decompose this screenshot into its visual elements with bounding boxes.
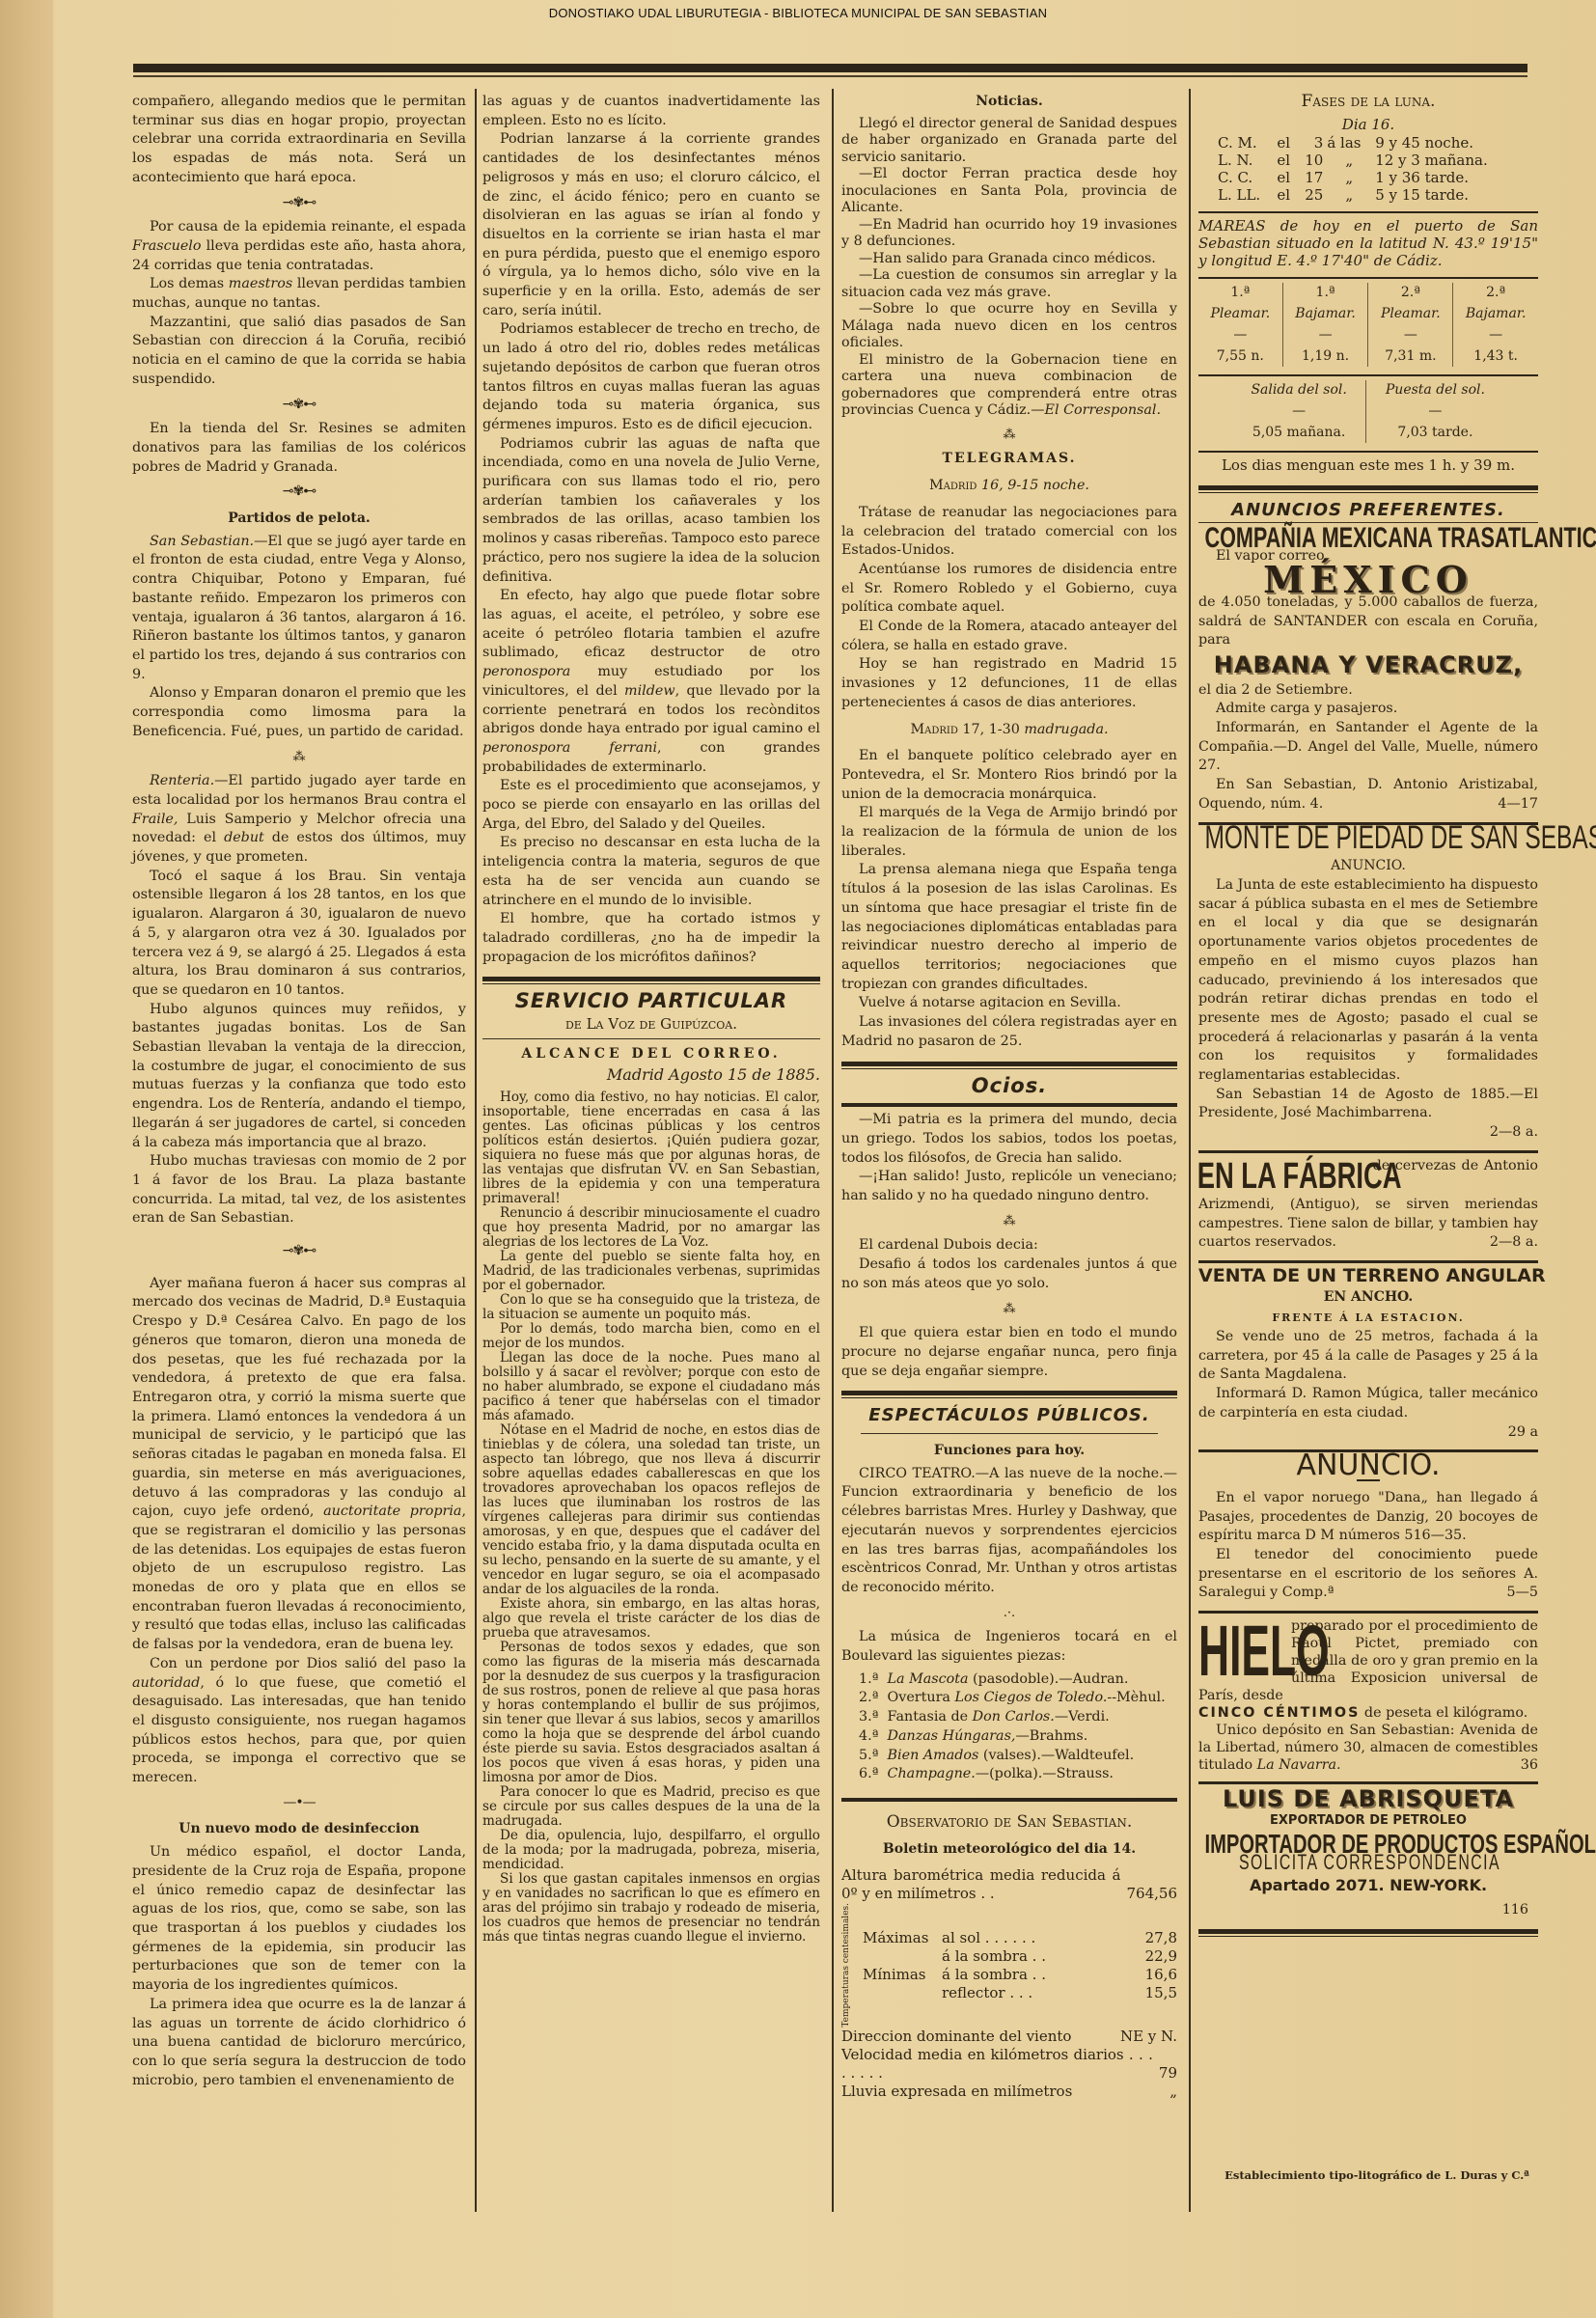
section-subheading: de La Voz de Guipúzcoa. [482,1015,820,1035]
table-row: L. LL.el25„5 y 15 tarde. [1216,186,1522,204]
ad-text: Informarán, en Santander el Agente de la… [1198,719,1538,776]
article-paragraph: Alonso y Emparan donaron el premio que l… [132,684,466,741]
weather-label: al sol . . . . . . [942,1929,1145,1947]
ad-text: el dia 2 de Setiembre. [1198,681,1538,701]
article-paragraph: Renteria.—El partido jugado ayer tarde e… [132,772,466,868]
ad-code: 2—8 a. [1490,1233,1538,1253]
anecdote: —¡Han salido! Justo, replicóle un veneci… [841,1168,1177,1205]
section-rule [1198,277,1538,279]
section-rule [841,1391,1177,1398]
weather-value: 16,6 [1145,1966,1177,1984]
sun-table: Salida del sol.Puesta del sol. —— 5,05 m… [1232,380,1504,443]
column-divider [1189,89,1191,2212]
ad-ship-name: MÉXICO [1198,570,1538,590]
article-paragraph: las aguas y de cuantos inadvertidamente … [482,93,820,130]
music-program-list: 1.ª La Mascota (pasodoble).—Audran. 2.ª … [841,1670,1177,1784]
column-3: Noticias. Llegó el director general de S… [841,93,1177,2101]
weather-value: „ [1169,2083,1177,2101]
ad-abrisqueta: LUIS DE ABRISQUETA EXPORTADOR DE PETROLE… [1198,1790,1538,1919]
news-item: —En Madrid han ocurrido hoy 19 invasione… [841,217,1177,251]
ad-text: La Junta de este establecimiento ha disp… [1198,876,1538,1086]
weather-value: 764,56 [1127,1885,1178,1903]
ad-headline: HIELO [1198,1617,1254,1685]
section-rule [1198,374,1538,376]
article-paragraph: Llegan las doce de la noche. Pues mano a… [482,1351,820,1423]
article-paragraph: Hoy, como dia festivo, no hay noticias. … [482,1090,820,1206]
newspaper-page: DONOSTIAKO UDAL LIBURUTEGIA - BIBLIOTECA… [0,0,1596,2318]
article-paragraph: La primera idea que ocurre es la de lanz… [132,1996,466,2091]
telegram-item: Las invasiones del cólera registradas ay… [841,1013,1177,1051]
ornament-divider: ⊸✾⊷ [132,194,466,213]
weather-side-label: Temperaturas centesimales. [841,1903,863,2028]
ad-text: San Sebastian 14 de Agosto de 1885.—El P… [1198,1086,1538,1123]
section-rule [1198,1781,1538,1784]
weather-label: Altura barométrica media reducida á 0º y… [841,1866,1127,1903]
article-paragraph: Podriamos establecer de trecho en trecho… [482,320,820,434]
article-paragraph: En efecto, hay algo que puede flotar sob… [482,587,820,777]
ad-subtitle: FRENTE Á LA ESTACION. [1198,1309,1538,1328]
weather-value: NE y N. [1120,2028,1177,2046]
weather-report: Altura barométrica media reducida á 0º y… [841,1866,1177,2101]
program-item: 5.ª Bien Amados (valses).—Waldteufel. [859,1747,1177,1766]
moon-day: Dia 16. [1198,116,1538,135]
section-heading-disinfection: Un nuevo modo de desinfeccion [132,1820,466,1839]
column-2: las aguas y de cuantos inadvertidamente … [482,93,820,1945]
ad-text: Informará D. Ramon Múgica, taller mecáni… [1198,1385,1538,1422]
article-paragraph: Existe ahora, sin embargo, en las altas … [482,1597,820,1641]
article-paragraph: Nótase en el Madrid de noche, en estos d… [482,1423,820,1597]
weather-label: á la sombra . . [942,1966,1145,1984]
page-binding-edge [0,0,53,2318]
daylength-note: Los dias menguan este mes 1 h. y 39 m. [1198,456,1538,476]
ad-subtitle: ANUNCIO. [1198,857,1538,876]
asterism-divider: ⁂ [132,748,466,767]
article-paragraph: Un médico español, el doctor Landa, pres… [132,1843,466,1996]
subheading-boletin: Boletin meteorológico del dia 14. [841,1840,1177,1860]
article-paragraph: Es preciso no descansar en esta lucha de… [482,834,820,910]
ad-company-name: LUIS DE ABRISQUETA [1198,1790,1538,1809]
section-rule [482,977,820,984]
top-rule [133,64,1527,72]
moon-phase-table: C. M.el3á las9 y 45 noche. L. N.el10„12 … [1216,134,1522,204]
weather-label: Mínimas [863,1966,942,1984]
section-heading-servicio: SERVICIO PARTICULAR [482,992,820,1011]
archive-watermark: DONOSTIAKO UDAL LIBURUTEGIA - BIBLIOTECA… [0,6,1596,20]
section-rule [841,1062,1177,1069]
ad-title: VENTA DE UN TERRENO ANGULAR [1198,1267,1538,1286]
section-heading-moon: Fases de la luna. [1198,93,1538,112]
article-paragraph: Por lo demás, todo marcha bien, como en … [482,1322,820,1351]
weather-label: Direccion dominante del viento [841,2028,1071,2046]
article-paragraph: Podrian lanzarse á la corriente grandes … [482,130,820,320]
section-rule [482,1038,820,1039]
tides-table: 1.ª1.ª2.ª2.ª Pleamar.Bajamar.Pleamar.Baj… [1198,283,1538,367]
section-heading-observatorio: Observatorio de San Sebastian. [841,1813,1177,1833]
ad-destination: HABANA Y VERACRUZ, [1198,656,1538,676]
article-paragraph: Hubo muchas traviesas con momio de 2 por… [132,1152,466,1228]
article-paragraph: Ayer mañana fueron á hacer sus compras a… [132,1275,466,1655]
section-rule [1198,485,1538,493]
program-item: 6.ª Champagne.—(polka).—Strauss. [859,1765,1177,1784]
section-rule [1198,211,1538,213]
news-item: —La cuestion de consumos sin arreglar y … [841,267,1177,301]
news-item: Llegó el director general de Sanidad des… [841,116,1177,167]
printer-credit: Establecimiento tipo-litográfico de L. D… [1218,2168,1536,2182]
article-paragraph: Si los que gastan capitales inmensos en … [482,1872,820,1945]
ad-title: MONTE DE PIEDAD DE SAN SEBASTIAN. [1205,829,1535,848]
article-paragraph: El hombre, que ha cortado istmos y talad… [482,910,820,967]
ad-text: Se vende uno de 25 metros, fachada á la … [1198,1328,1538,1385]
ad-code: 2—8 a. [1198,1123,1538,1143]
ad-monte-piedad: MONTE DE PIEDAD DE SAN SEBASTIAN. ANUNCI… [1198,829,1538,1143]
article-paragraph: San Sebastian.—El que se jugó ayer tarde… [132,533,466,685]
telegram-item: El Conde de la Romera, atacado anteayer … [841,618,1177,655]
section-rule [841,1103,1177,1107]
article-paragraph: Por causa de la epidemia reinante, el es… [132,218,466,275]
article-paragraph: Este es el procedimiento que aconsejamos… [482,777,820,834]
asterism-divider: ⁂ [841,1212,1177,1231]
telegram-item: En el banquete político celebrado ayer e… [841,747,1177,804]
dateline: Madrid 16, 9-15 noche. [841,477,1177,496]
telegram-item: La prensa alemana niega que España tenga… [841,861,1177,994]
article-paragraph: Podriamos cubrir las aguas de nafta que … [482,435,820,588]
ornament-divider: —•— [132,1794,466,1813]
section-rule [861,1433,1158,1434]
ornament-divider: ⊸✾⊷ [132,483,466,502]
asterism-divider: ⁂ [841,426,1177,445]
article-paragraph: Con un perdone por Dios salió del paso l… [132,1655,466,1788]
ad-fabrica: EN LA FÁBRICA de cervezas de Antonio Ari… [1198,1157,1538,1253]
program-item: 3.ª Fantasia de Don Carlos.—Verdi. [859,1708,1177,1727]
column-4: Fases de la luna. Dia 16. C. M.el3á las9… [1198,93,1538,1945]
ad-code: 29 a [1198,1423,1538,1443]
ad-text: Admite carga y pasajeros. [1198,700,1538,719]
weather-value: 22,9 [1145,1947,1177,1966]
table-row: L. N.el10„12 y 3 mañana. [1216,152,1522,169]
weather-value: 79 [1159,2064,1177,2083]
telegram-item: Trátase de reanudar las negociaciones pa… [841,504,1177,561]
section-heading-pelota: Partidos de pelota. [132,510,466,529]
section-heading-alcance: ALCANCE DEL CORREO. [482,1045,820,1064]
news-item: —Han salido para Granada cinco médicos. [841,251,1177,268]
article-paragraph: La gente del pueblo se siente falta hoy,… [482,1250,820,1293]
ad-mexico: COMPAÑIA MEXICANA TRASATLANTICA El vapor… [1198,529,1538,814]
subheading-funciones: Funciones para hoy. [841,1442,1177,1461]
section-rule [1198,451,1538,453]
program-item: 4.ª Danzas Húngaras,—Brahms. [859,1727,1177,1747]
section-heading-telegramas: TELEGRAMAS. [841,450,1177,469]
ad-price: CINCO CÉNTIMOS de peseta el kilógramo. [1198,1704,1538,1722]
article-paragraph: Personas de todos sexos y edades, que so… [482,1641,820,1785]
telegram-item: Hoy se han registrado en Madrid 15 invas… [841,655,1177,712]
news-item: —El doctor Ferran practica desde hoy ino… [841,166,1177,217]
weather-value: 27,8 [1145,1929,1177,1947]
ornament-divider: ⊸✾⊷ [132,396,466,415]
ad-subtitle: EN ANCHO. [1198,1288,1538,1308]
table-row: C. M.el3á las9 y 45 noche. [1216,134,1522,152]
column-divider [475,89,477,2212]
event-listing: La música de Ingenieros tocará en el Bou… [841,1628,1177,1666]
article-paragraph: De dia, opulencia, lujo, despilfarro, el… [482,1829,820,1872]
ad-text: En el vapor noruego "Dana„ han llegado á… [1198,1489,1538,1546]
telegram-item: Acentúanse los rumores de disidencia ent… [841,561,1177,618]
program-item: 2.ª Overtura Los Ciegos de Toledo.--Mèhu… [859,1689,1177,1708]
weather-label: reflector . . . [942,1984,1145,2002]
ad-dana: ANUNCIO. En el vapor noruego "Dana„ han … [1198,1456,1538,1603]
article-paragraph: Hubo algunos quinces muy reñidos, y bast… [132,1001,466,1153]
anecdote: —Mi patria es la primera del mundo, deci… [841,1111,1177,1168]
article-paragraph: Tocó el saque á los Brau. Sin ventaja os… [132,868,466,1001]
article-paragraph: Mazzantini, que salió dias pasados de Sa… [132,314,466,390]
ad-text: En San Sebastian, D. Antonio Aristizabal… [1198,776,1538,814]
weather-label: Velocidad media en kilómetros diarios . … [841,2046,1159,2083]
section-heading-espectaculos: ESPECTÁCULOS PÚBLICOS. [841,1406,1177,1425]
section-heading-noticias: Noticias. [841,93,1177,112]
anecdote: El que quiera estar bien en todo el mund… [841,1324,1177,1381]
article-paragraph: En la tienda del Sr. Resines se admiten … [132,420,466,477]
article-paragraph: Renuncio á describir minuciosamente el c… [482,1206,820,1250]
weather-value: 15,5 [1145,1984,1177,2002]
ad-code: 116 [1198,1901,1538,1920]
ad-hielo: HIELO preparado por el procedimiento de … [1198,1617,1538,1774]
article-paragraph: Con lo que se ha conseguido que la trist… [482,1293,820,1322]
telegram-item: El marqués de la Vega de Armijo brindó p… [841,804,1177,861]
telegram-item: Vuelve á notarse agitacion en Sevilla. [841,994,1177,1013]
ad-text: de 4.050 toneladas, y 5.000 caballos de … [1198,593,1538,650]
table-row: C. C.el17„1 y 36 tarde. [1216,169,1522,186]
weather-label: Máximas [863,1929,942,1947]
anecdote: El cardenal Dubois decia: [841,1236,1177,1256]
ad-terreno: VENTA DE UN TERRENO ANGULAR EN ANCHO. FR… [1198,1267,1538,1442]
news-item: —Sobre lo que ocurre hoy en Sevilla y Má… [841,301,1177,352]
article-paragraph: Los demas maestros llevan perdidas tambi… [132,275,466,313]
section-rule [1198,1929,1538,1937]
event-listing: CIRCO TEATRO.—A las nueve de la noche.—F… [841,1465,1177,1598]
ad-title: ANUNCIO. [1198,1456,1538,1476]
article-paragraph: Para conocer lo que es Madrid, preciso e… [482,1785,820,1829]
news-item: El ministro de la Gobernacion tiene en c… [841,352,1177,420]
dateline: Madrid Agosto 15 de 1885. [482,1065,820,1085]
tides-intro: MAREAS de hoy en el puerto de San Sebast… [1198,217,1538,269]
ad-headline: EN LA FÁBRICA [1197,1157,1340,1196]
weather-label: á la sombra . . [942,1947,1145,1966]
column-divider [832,89,834,2212]
asterism-divider: .·. [841,1604,1177,1623]
section-rule [1198,1150,1538,1153]
section-rule [1198,1260,1538,1263]
section-heading-anuncios: ANUNCIOS PREFERENTES. [1198,501,1538,520]
ad-text: El tenedor del conocimiento puede presen… [1198,1546,1538,1603]
column-1: compañero, allegando medios que le permi… [132,93,466,2090]
section-heading-ocios: Ocios. [841,1077,1177,1096]
ad-company-name: COMPAÑIA MEXICANA TRASATLANTICA [1205,529,1535,548]
program-item: 1.ª La Mascota (pasodoble).—Audran. [859,1670,1177,1690]
weather-label: Lluvia expresada en milímetros [841,2083,1072,2101]
ad-address: Apartado 2071. NEW-YORK. [1198,1876,1538,1895]
ad-text: Unico depósito en San Sebastian: Avenida… [1198,1722,1538,1774]
anecdote: Desafio á todos los cardenales juntos á … [841,1256,1177,1293]
article-paragraph: compañero, allegando medios que le permi… [132,93,466,188]
section-rule [841,1798,1177,1802]
top-rule-thin [133,75,1527,77]
ornament-divider: ⊸✾⊷ [132,1242,466,1261]
ad-text: SOLICITA CORRESPONDENCIA [1205,1853,1535,1872]
asterism-divider: ⁂ [841,1300,1177,1319]
dateline: Madrid 17, 1-30 madrugada. [841,721,1177,740]
